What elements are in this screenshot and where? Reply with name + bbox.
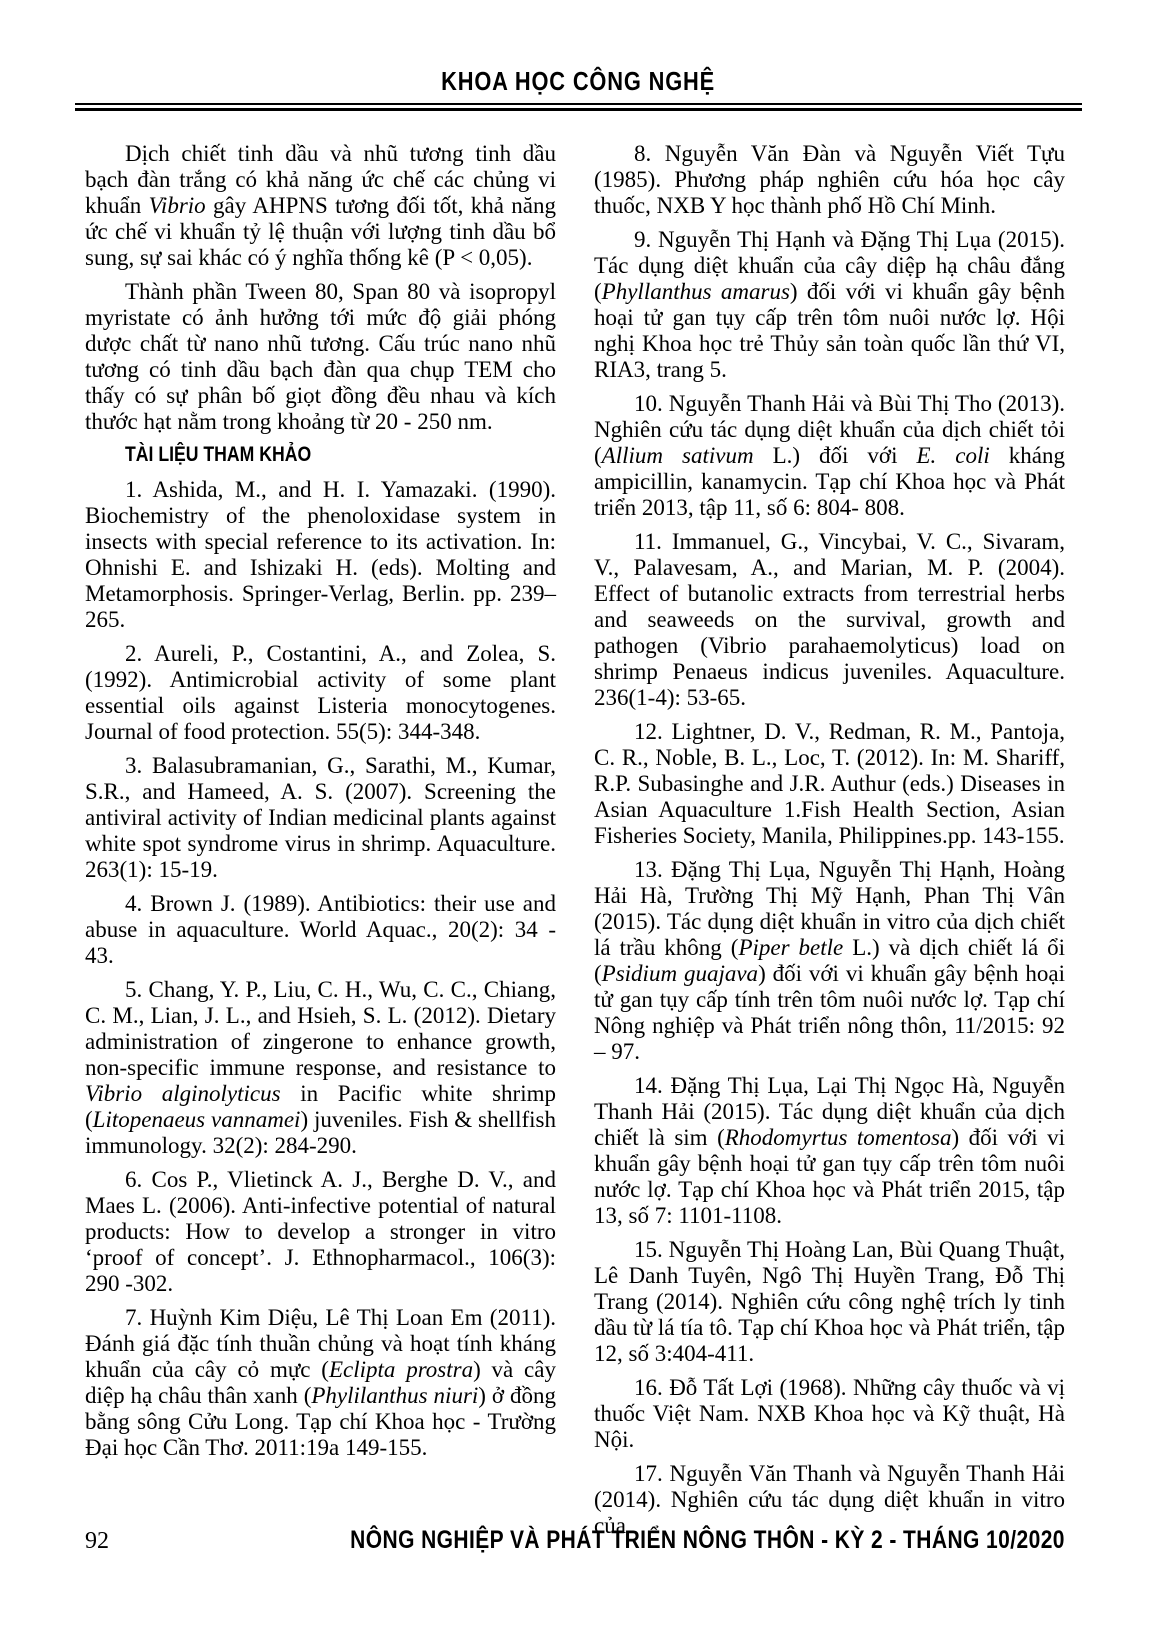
reference-item: 16. Đỗ Tất Lợi (1968). Những cây thuốc v…: [594, 1375, 1065, 1453]
abstract-paragraph: Thành phần Tween 80, Span 80 và isopropy…: [85, 279, 556, 435]
reference-item: 7. Huỳnh Kim Diệu, Lê Thị Loan Em (2011)…: [85, 1305, 556, 1461]
reference-item: 15. Nguyễn Thị Hoàng Lan, Bùi Quang Thuậ…: [594, 1237, 1065, 1367]
rule-thin-line: [75, 103, 1082, 105]
reference-item: 3. Balasubramanian, G., Sarathi, M., Kum…: [85, 753, 556, 883]
reference-item: 4. Brown J. (1989). Antibiotics: their u…: [85, 891, 556, 969]
reference-item: 8. Nguyễn Văn Đàn và Nguyễn Viết Tựu (19…: [594, 141, 1065, 219]
left-column: Dịch chiết tinh dầu và nhũ tương tinh dầ…: [85, 141, 556, 1547]
reference-item: 14. Đặng Thị Lụa, Lại Thị Ngọc Hà, Nguyễ…: [594, 1073, 1065, 1229]
page-footer: 92 NÔNG NGHIỆP VÀ PHÁT TRIỂN NÔNG THÔN -…: [85, 1524, 1065, 1557]
reference-item: 2. Aureli, P., Costantini, A., and Zolea…: [85, 641, 556, 745]
reference-item: 9. Nguyễn Thị Hạnh và Đặng Thị Lụa (2015…: [594, 227, 1065, 383]
reference-item: 12. Lightner, D. V., Redman, R. M., Pant…: [594, 719, 1065, 849]
references-heading: TÀI LIỆU THAM KHẢO: [125, 443, 487, 467]
abstract-paragraph: Dịch chiết tinh dầu và nhũ tương tinh dầ…: [85, 141, 556, 271]
reference-item: 5. Chang, Y. P., Liu, C. H., Wu, C. C., …: [85, 977, 556, 1159]
reference-item: 10. Nguyễn Thanh Hải và Bùi Thị Tho (201…: [594, 391, 1065, 521]
reference-item: 11. Immanuel, G., Vincybai, V. C., Sivar…: [594, 529, 1065, 711]
reference-item: 1. Ashida, M., and H. I. Yamazaki. (1990…: [85, 477, 556, 633]
reference-item: 13. Đặng Thị Lụa, Nguyễn Thị Hạnh, Hoàng…: [594, 857, 1065, 1065]
section-header-title: KHOA HỌC CÔNG NGHỆ: [442, 68, 716, 94]
page-number: 92: [85, 1527, 109, 1556]
journal-footer-title: NÔNG NGHIỆP VÀ PHÁT TRIỂN NÔNG THÔN - KỲ…: [350, 1524, 1065, 1557]
two-column-body: Dịch chiết tinh dầu và nhũ tương tinh dầ…: [0, 111, 1157, 1547]
page-header: KHOA HỌC CÔNG NGHỆ: [0, 0, 1157, 111]
journal-page: KHOA HỌC CÔNG NGHỆ Dịch chiết tinh dầu v…: [0, 0, 1157, 1637]
reference-item: 6. Cos P., Vlietinck A. J., Berghe D. V.…: [85, 1167, 556, 1297]
right-column: 8. Nguyễn Văn Đàn và Nguyễn Viết Tựu (19…: [594, 141, 1065, 1547]
header-double-rule: [75, 103, 1082, 111]
